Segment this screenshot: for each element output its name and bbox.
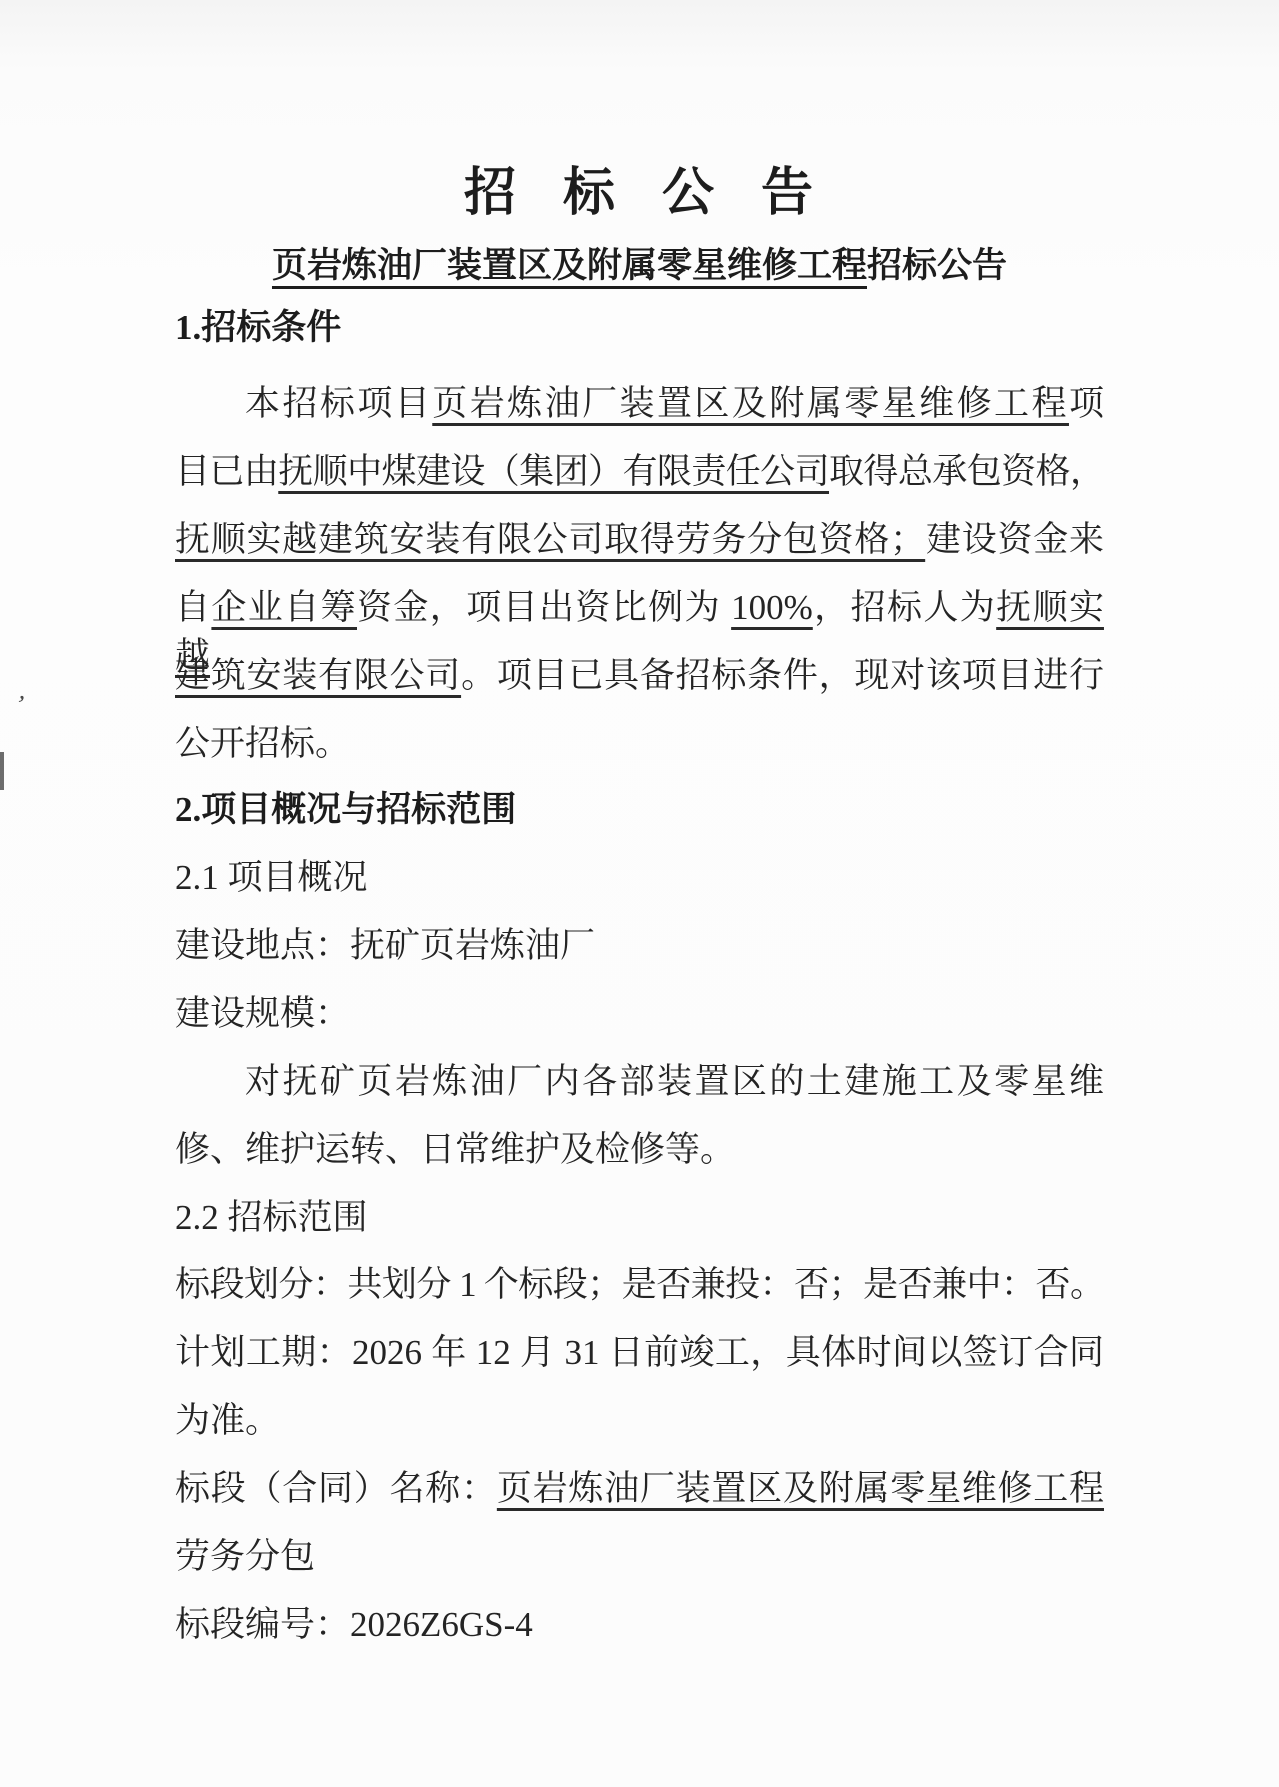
construction-scale-label: 建设规模： bbox=[175, 990, 1104, 1038]
para-1-line-2: 目已由抚顺中煤建设（集团）有限责任公司取得总承包资格， bbox=[175, 448, 1104, 496]
underlined-project-name: 页岩炼油厂装置区及附属零星维修工程 bbox=[432, 384, 1069, 423]
underlined-tenderer-name-part2: 建筑安装有限公司 bbox=[175, 656, 461, 695]
bid-division-line: 标段划分：共划分 1 个标段；是否兼投：否；是否兼中：否。 bbox=[175, 1261, 1104, 1309]
schedule-line-2: 为准。 bbox=[175, 1397, 1104, 1445]
text-run: 本招标项目 bbox=[245, 384, 432, 423]
document-content: 招 标 公 告 页岩炼油厂装置区及附属零星维修工程招标公告 1.招标条件 本招标… bbox=[175, 0, 1104, 1787]
section-2-heading: 2.项目概况与招标范围 bbox=[175, 786, 1104, 834]
scan-artifact-edge-bar bbox=[0, 752, 4, 790]
scan-artifact-tick: ’ bbox=[13, 691, 27, 718]
underlined-funding-source: 企业自筹 bbox=[211, 588, 357, 627]
para-1-line-5: 建筑安装有限公司。项目已具备招标条件，现对该项目进行 bbox=[175, 652, 1104, 700]
para-1-line-6: 公开招标。 bbox=[175, 720, 1104, 768]
section-number-line: 标段编号：2026Z6GS-4 bbox=[175, 1601, 1104, 1649]
text-run: 取得总承包资格， bbox=[829, 452, 1104, 491]
scanned-tender-announcement-page: ’ 招 标 公 告 页岩炼油厂装置区及附属零星维修工程招标公告 1.招标条件 本… bbox=[0, 0, 1279, 1787]
para-1-line-1: 本招标项目页岩炼油厂装置区及附属零星维修工程项 bbox=[175, 380, 1104, 428]
section-2-2-heading: 2.2 招标范围 bbox=[175, 1194, 1104, 1242]
underlined-contractor-name: 抚顺中煤建设（集团）有限责任公司 bbox=[278, 452, 829, 491]
text-run: 资金，项目出资比例为 bbox=[357, 588, 731, 627]
contract-name-line-1: 标段（合同）名称：页岩炼油厂装置区及附属零星维修工程 bbox=[175, 1465, 1104, 1513]
scale-description-line-1: 对抚矿页岩炼油厂内各部装置区的土建施工及零星维 bbox=[175, 1058, 1104, 1106]
text-run: 自 bbox=[175, 588, 211, 627]
para-1-line-3: 抚顺实越建筑安装有限公司取得劳务分包资格；建设资金来 bbox=[175, 516, 1104, 564]
section-2-1-heading: 2.1 项目概况 bbox=[175, 854, 1104, 902]
construction-location-line: 建设地点：抚矿页岩炼油厂 bbox=[175, 922, 1104, 970]
subtitle-project-name: 页岩炼油厂装置区及附属零星维修工程 bbox=[272, 246, 867, 285]
text-run: 目已由 bbox=[175, 452, 278, 491]
underlined-contract-name: 页岩炼油厂装置区及附属零星维修工程 bbox=[497, 1469, 1104, 1508]
scale-description-line-2: 修、维护运转、日常维护及检修等。 bbox=[175, 1126, 1104, 1174]
text-run: ，招标人为 bbox=[813, 588, 996, 627]
text-run: 。项目已具备招标条件，现对该项目进行 bbox=[461, 656, 1104, 695]
section-1-heading: 1.招标条件 bbox=[175, 304, 1104, 352]
underlined-subcontractor-name: 抚顺实越建筑安装有限公司取得劳务分包资格； bbox=[175, 520, 925, 559]
text-run: 标段（合同）名称： bbox=[175, 1469, 497, 1508]
underlined-percentage: 100% bbox=[731, 588, 813, 627]
text-run: 项 bbox=[1069, 384, 1104, 423]
schedule-line-1: 计划工期：2026 年 12 月 31 日前竣工，具体时间以签订合同 bbox=[175, 1329, 1104, 1377]
subtitle-suffix: 招标公告 bbox=[867, 246, 1007, 285]
page-title: 招 标 公 告 bbox=[175, 150, 1104, 225]
contract-name-line-2: 劳务分包 bbox=[175, 1533, 1104, 1581]
text-run: 建设资金来 bbox=[925, 520, 1104, 559]
page-subtitle: 页岩炼油厂装置区及附属零星维修工程招标公告 bbox=[175, 238, 1104, 288]
